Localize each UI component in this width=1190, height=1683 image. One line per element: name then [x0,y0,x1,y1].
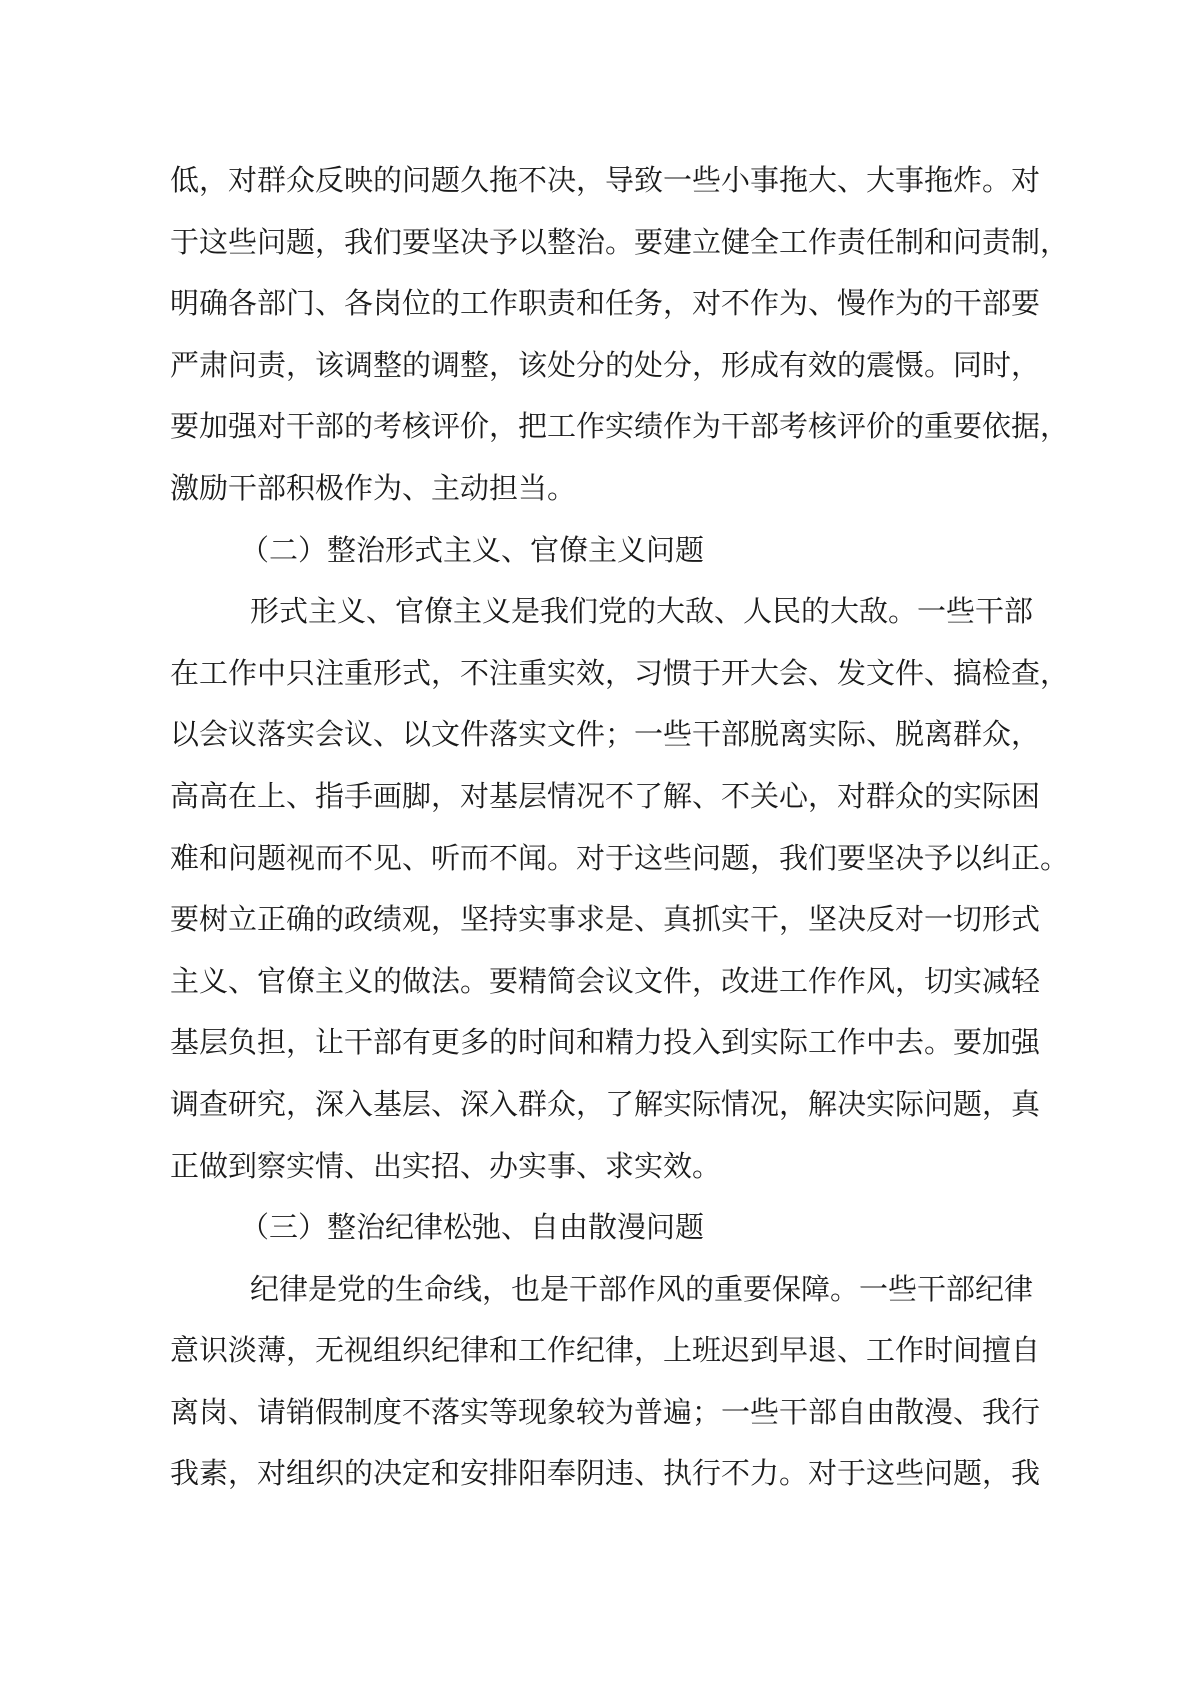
text-line: 形式主义、官僚主义是我们党的大敌、人民的大敌。一些干部 [170,581,1022,643]
line-text: 高高在上、指手画脚，对基层情况不了解、不关心，对群众的实际困 [170,766,1022,828]
line-text: 难和问题视而不见、听而不闻。对于这些问题，我们要坚决予以纠正。 [170,828,1022,890]
text-line: 纪律是党的生命线，也是干部作风的重要保障。一些干部纪律 [170,1259,1022,1321]
text-line: 明确各部门、各岗位的工作职责和任务，对不作为、慢作为的干部要 [170,273,1022,335]
text-line: 基层负担，让干部有更多的时间和精力投入到实际工作中去。要加强 [170,1012,1022,1074]
text-line: 离岗、请销假制度不落实等现象较为普遍；一些干部自由散漫、我行 [170,1382,1022,1444]
line-text: 我素，对组织的决定和安排阳奉阴违、执行不力。对于这些问题，我 [170,1443,1022,1505]
section-heading: （三）整治纪律松弛、自由散漫问题 [170,1197,1022,1259]
line-text: 纪律是党的生命线，也是干部作风的重要保障。一些干部纪律 [250,1259,1022,1321]
text-line: 严肃问责，该调整的调整，该处分的处分，形成有效的震慑。同时， [170,335,1022,397]
line-text: 要树立正确的政绩观，坚持实事求是、真抓实干，坚决反对一切形式 [170,889,1022,951]
document-page: 低，对群众反映的问题久拖不决，导致一些小事拖大、大事拖炸。对 于这些问题，我们要… [170,150,1022,1505]
line-text: 调查研究，深入基层、深入群众，了解实际情况，解决实际问题，真 [170,1074,1022,1136]
heading-text: （二）整治形式主义、官僚主义问题 [240,520,704,582]
line-text: 低，对群众反映的问题久拖不决，导致一些小事拖大、大事拖炸。对 [170,150,1022,212]
line-text: 离岗、请销假制度不落实等现象较为普遍；一些干部自由散漫、我行 [170,1382,1022,1444]
text-line: 主义、官僚主义的做法。要精简会议文件，改进工作作风，切实减轻 [170,951,1022,1013]
line-text: 在工作中只注重形式，不注重实效，习惯于开大会、发文件、搞检查， [170,643,1022,705]
text-line: 低，对群众反映的问题久拖不决，导致一些小事拖大、大事拖炸。对 [170,150,1022,212]
line-text: 主义、官僚主义的做法。要精简会议文件，改进工作作风，切实减轻 [170,951,1022,1013]
line-text: 严肃问责，该调整的调整，该处分的处分，形成有效的震慑。同时， [170,335,1022,397]
text-line: 高高在上、指手画脚，对基层情况不了解、不关心，对群众的实际困 [170,766,1022,828]
text-line: 我素，对组织的决定和安排阳奉阴违、执行不力。对于这些问题，我 [170,1443,1022,1505]
line-text: 正做到察实情、出实招、办实事、求实效。 [170,1136,721,1198]
text-line: 要树立正确的政绩观，坚持实事求是、真抓实干，坚决反对一切形式 [170,889,1022,951]
text-line: 意识淡薄，无视组织纪律和工作纪律，上班迟到早退、工作时间擅自 [170,1320,1022,1382]
line-text: 形式主义、官僚主义是我们党的大敌、人民的大敌。一些干部 [250,581,1022,643]
text-line: 于这些问题，我们要坚决予以整治。要建立健全工作责任制和问责制， [170,212,1022,274]
text-line: 以会议落实会议、以文件落实文件；一些干部脱离实际、脱离群众， [170,704,1022,766]
text-line: 调查研究，深入基层、深入群众，了解实际情况，解决实际问题，真 [170,1074,1022,1136]
section-heading: （二）整治形式主义、官僚主义问题 [170,520,1022,582]
text-line: 在工作中只注重形式，不注重实效，习惯于开大会、发文件、搞检查， [170,643,1022,705]
line-text: 明确各部门、各岗位的工作职责和任务，对不作为、慢作为的干部要 [170,273,1022,335]
line-text: 于这些问题，我们要坚决予以整治。要建立健全工作责任制和问责制， [170,212,1022,274]
text-line: 难和问题视而不见、听而不闻。对于这些问题，我们要坚决予以纠正。 [170,828,1022,890]
line-text: 基层负担，让干部有更多的时间和精力投入到实际工作中去。要加强 [170,1012,1022,1074]
heading-text: （三）整治纪律松弛、自由散漫问题 [240,1197,704,1259]
text-line: 要加强对干部的考核评价，把工作实绩作为干部考核评价的重要依据， [170,396,1022,458]
line-text: 要加强对干部的考核评价，把工作实绩作为干部考核评价的重要依据， [170,396,1022,458]
text-line: 激励干部积极作为、主动担当。 [170,458,1022,520]
line-text: 以会议落实会议、以文件落实文件；一些干部脱离实际、脱离群众， [170,704,1022,766]
line-text: 意识淡薄，无视组织纪律和工作纪律，上班迟到早退、工作时间擅自 [170,1320,1022,1382]
text-line: 正做到察实情、出实招、办实事、求实效。 [170,1136,1022,1198]
line-text: 激励干部积极作为、主动担当。 [170,458,576,520]
